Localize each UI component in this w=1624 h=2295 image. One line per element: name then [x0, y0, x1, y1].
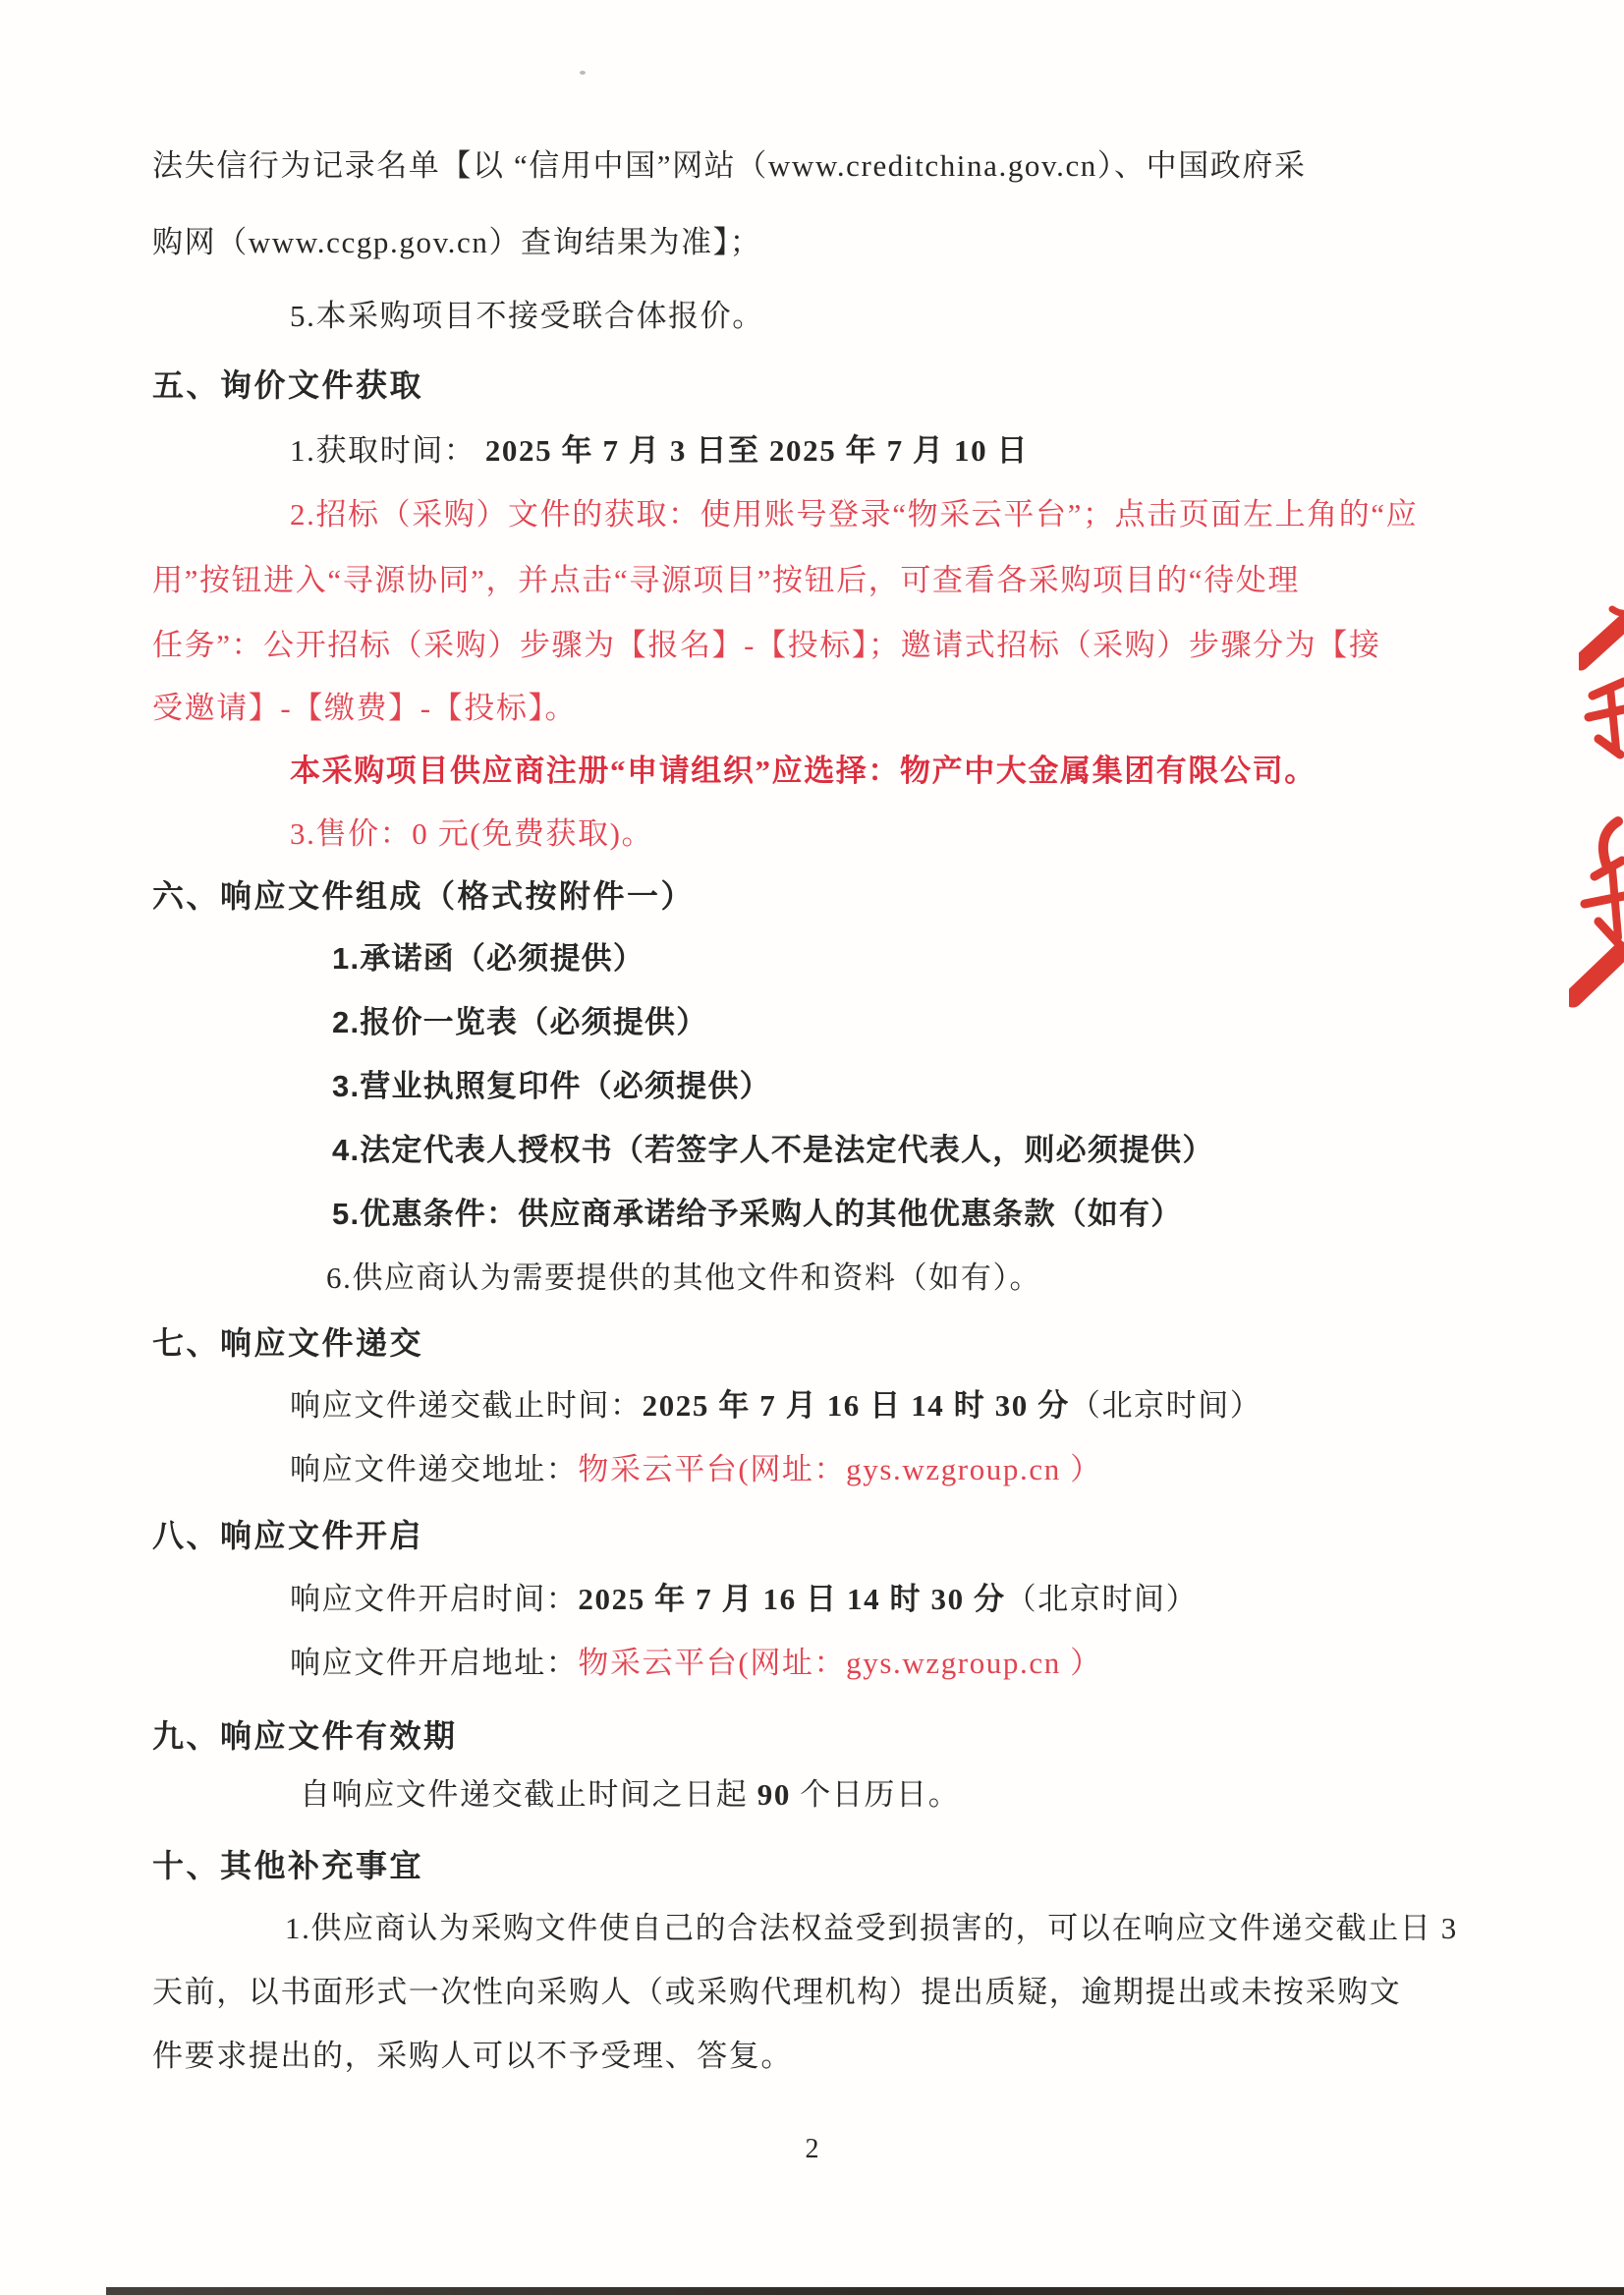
intro-item-5: 5.本采购项目不接受联合体报价。	[290, 298, 764, 336]
section-5-register-note: 本采购项目供应商注册“申请组织”应选择：物产中大金属集团有限公司。	[290, 753, 1316, 791]
section-10-heading: 十、其他补充事宜	[152, 1846, 423, 1885]
opening-time-timezone: （北京时间）	[1006, 1582, 1199, 1616]
page-number: 2	[0, 2134, 1624, 2165]
scan-artifact-bar	[106, 2287, 1624, 2295]
section-6-item-6: 6.供应商认为需要提供的其他文件和资料（如有）。	[326, 1259, 1041, 1298]
section-10-line-1: 1.供应商认为采购文件使自己的合法权益受到损害的，可以在响应文件递交截止日 3	[285, 1910, 1458, 1948]
scan-speck	[580, 71, 586, 75]
section-9-heading: 九、响应文件有效期	[152, 1716, 458, 1756]
opening-time-line: 响应文件开启时间：2025 年 7 月 16 日 14 时 30 分（北京时间）	[290, 1581, 1198, 1619]
intro-line-2: 购网（www.ccgp.gov.cn）查询结果为准】；	[152, 224, 761, 262]
submission-deadline-line: 响应文件递交截止时间：2025 年 7 月 16 日 14 时 30 分（北京时…	[290, 1387, 1261, 1426]
section-5-item-1: 1.获取时间： 2025 年 7 月 3 日至 2025 年 7 月 10 日	[290, 432, 1029, 471]
red-seal-stamp-fragment-top	[1579, 601, 1624, 768]
validity-period-line: 自响应文件递交截止时间之日起 90 个日历日。	[300, 1776, 960, 1815]
section-5-heading: 五、询价文件获取	[152, 365, 423, 405]
section-6-item-5: 5.优惠条件：供应商承诺给予采购人的其他优惠条款（如有）	[332, 1196, 1182, 1234]
item-1-date-range: 2025 年 7 月 3 日至 2025 年 7 月 10 日	[485, 433, 1029, 468]
section-7-heading: 七、响应文件递交	[152, 1323, 423, 1363]
validity-days: 90	[757, 1777, 791, 1812]
deadline-label: 响应文件递交截止时间：	[290, 1388, 643, 1423]
submission-address-label: 响应文件递交地址：	[290, 1452, 578, 1486]
section-6-item-3: 3.营业执照复印件（必须提供）	[332, 1068, 771, 1106]
intro-line-1: 法失信行为记录名单【以 “信用中国”网站（www.creditchina.gov…	[152, 147, 1307, 186]
section-10-line-3: 件要求提出的，采购人可以不予受理、答复。	[152, 2038, 793, 2076]
submission-address-line: 响应文件递交地址：物采云平台(网址：gys.wzgroup.cn ）	[290, 1451, 1102, 1489]
section-6-item-2: 2.报价一览表（必须提供）	[332, 1004, 707, 1042]
opening-address-line: 响应文件开启地址：物采云平台(网址：gys.wzgroup.cn ）	[290, 1645, 1102, 1683]
submission-address-value: 物采云平台(网址：gys.wzgroup.cn ）	[578, 1452, 1101, 1486]
section-6-heading: 六、响应文件组成（格式按附件一）	[152, 876, 695, 916]
section-6-item-1: 1.承诺函（必须提供）	[332, 940, 644, 979]
section-5-item-2-line-4: 受邀请】-【缴费】-【投标】。	[152, 690, 577, 728]
validity-prefix: 自响应文件递交截止时间之日起	[300, 1777, 757, 1812]
opening-address-label: 响应文件开启地址：	[290, 1646, 578, 1680]
item-1-label: 1.获取时间：	[290, 433, 485, 468]
section-5-item-3: 3.售价：0 元(免费获取)。	[290, 815, 653, 854]
document-page: 法失信行为记录名单【以 “信用中国”网站（www.creditchina.gov…	[0, 0, 1624, 2295]
section-6-item-4: 4.法定代表人授权书（若签字人不是法定代表人，则必须提供）	[332, 1132, 1214, 1170]
section-5-item-2-line-1: 2.招标（采购）文件的获取：使用账号登录“物采云平台”；点击页面左上角的“应	[290, 496, 1418, 534]
section-8-heading: 八、响应文件开启	[152, 1516, 423, 1555]
opening-time-label: 响应文件开启时间：	[290, 1582, 578, 1616]
red-seal-stamp-fragment-bottom	[1569, 813, 1624, 1010]
section-5-item-2-line-3: 任务”：公开招标（采购）步骤为【报名】-【投标】；邀请式招标（采购）步骤分为【接	[152, 627, 1381, 665]
section-5-item-2-line-2: 用”按钮进入“寻源协同”，并点击“寻源项目”按钮后，可查看各采购项目的“待处理	[152, 562, 1300, 600]
opening-time-datetime: 2025 年 7 月 16 日 14 时 30 分	[578, 1582, 1005, 1616]
deadline-timezone: （北京时间）	[1070, 1388, 1262, 1423]
section-10-line-2: 天前，以书面形式一次性向采购人（或采购代理机构）提出质疑，逾期提出或未按采购文	[152, 1974, 1401, 2012]
opening-address-value: 物采云平台(网址：gys.wzgroup.cn ）	[578, 1646, 1101, 1680]
deadline-datetime: 2025 年 7 月 16 日 14 时 30 分	[643, 1388, 1070, 1423]
validity-suffix: 个日历日。	[791, 1777, 960, 1812]
